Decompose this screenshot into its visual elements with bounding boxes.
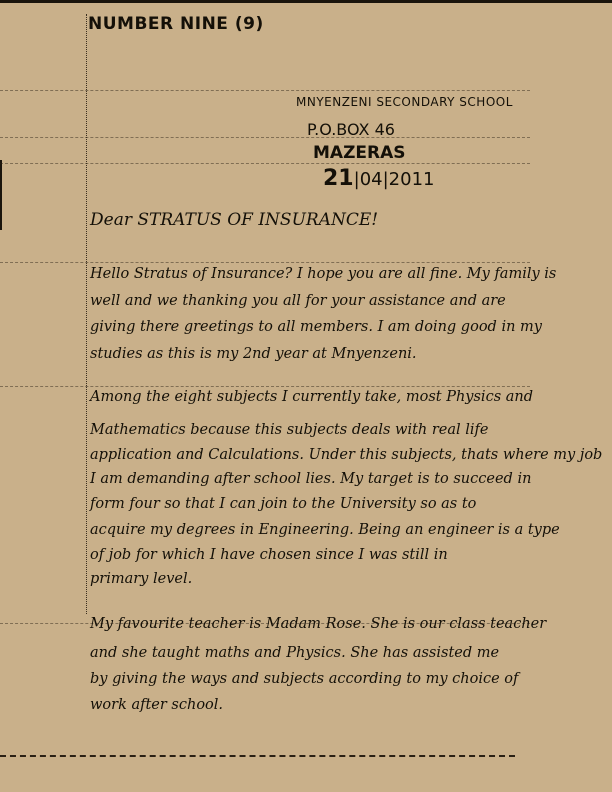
paragraph-line: My favourite teacher is Madam Rose. She … bbox=[90, 616, 546, 632]
address-po-box: P.O.BOX 46 bbox=[307, 120, 395, 139]
date-day: 21 bbox=[323, 166, 354, 191]
address-school: MNYENZENI SECONDARY SCHOOL bbox=[296, 95, 513, 109]
paragraph-line: Mathematics because this subjects deals … bbox=[90, 422, 489, 438]
paragraph-line: work after school. bbox=[90, 697, 223, 713]
letter-date: 21|04|2011 bbox=[323, 166, 434, 191]
paragraph-line: acquire my degrees in Engineering. Being… bbox=[90, 522, 560, 538]
paragraph-line: studies as this is my 2nd year at Mnyenz… bbox=[90, 346, 417, 362]
ruled-line bbox=[0, 90, 530, 91]
ruled-line bbox=[0, 386, 530, 387]
paragraph-line: giving there greetings to all members. I… bbox=[90, 319, 542, 335]
scan-border-left bbox=[0, 160, 2, 230]
document-title: NUMBER NINE (9) bbox=[88, 14, 264, 34]
page-margin-line bbox=[86, 14, 87, 614]
paragraph-line: form four so that I can join to the Univ… bbox=[90, 496, 476, 512]
paragraph-line: I am demanding after school lies. My tar… bbox=[90, 471, 531, 487]
paragraph-line: of job for which I have chosen since I w… bbox=[90, 547, 448, 563]
paragraph-line: primary level. bbox=[90, 571, 192, 587]
salutation: Dear STRATUS OF INSURANCE! bbox=[90, 210, 378, 230]
paragraph-line: application and Calculations. Under this… bbox=[90, 447, 602, 463]
paragraph-line: Hello Stratus of Insurance? I hope you a… bbox=[90, 266, 556, 282]
ruled-line bbox=[0, 163, 530, 164]
paragraph-line: Among the eight subjects I currently tak… bbox=[90, 389, 533, 405]
address-town: MAZERAS bbox=[313, 143, 406, 163]
paragraph-line: and she taught maths and Physics. She ha… bbox=[90, 645, 499, 661]
date-month-year: |04|2011 bbox=[354, 169, 435, 190]
ruled-line bbox=[0, 137, 530, 138]
bottom-rule bbox=[0, 755, 515, 757]
ruled-line bbox=[0, 262, 530, 263]
scan-border-top bbox=[0, 0, 612, 3]
paragraph-line: well and we thanking you all for your as… bbox=[90, 293, 506, 309]
paragraph-line: by giving the ways and subjects accordin… bbox=[90, 671, 518, 687]
